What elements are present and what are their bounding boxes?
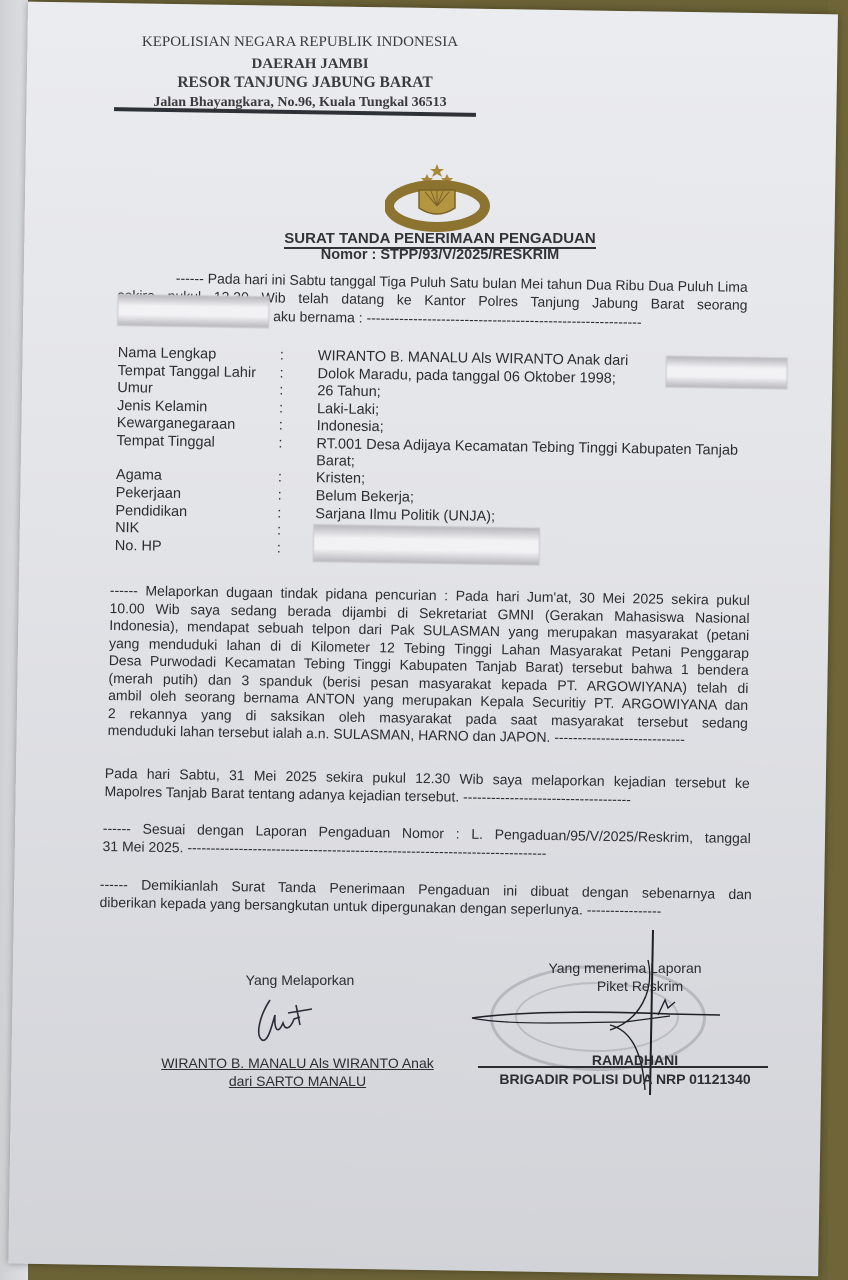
identity-colon: :: [279, 418, 283, 434]
identity-row: Pekerjaan:Belum Bekerja;: [116, 485, 796, 496]
document-title: SURAT TANDA PENERIMAAN PENGADUAN: [280, 230, 600, 247]
reporter-label: Yang Melaporkan: [200, 972, 400, 988]
reporter-name-line2: dari SARTO MANALU: [145, 1073, 450, 1089]
identity-label: NIK: [115, 520, 275, 539]
identity-colon: :: [278, 488, 282, 504]
identity-value: Indonesia;: [317, 418, 384, 435]
identity-label: Agama: [116, 467, 276, 486]
identity-colon: :: [277, 523, 281, 539]
identity-value: RT.001 Desa Adijaya Kecamatan Tebing Tin…: [316, 436, 738, 459]
identity-colon: :: [279, 366, 283, 382]
opening-line3: aku bernama : --------------------------…: [273, 308, 642, 330]
opening-paragraph: ------ Pada hari ini Sabtu tanggal Tiga …: [117, 269, 748, 336]
identity-value: Belum Bekerja;: [316, 488, 415, 506]
identity-colon: :: [279, 383, 283, 399]
identity-row: Tempat Tinggal:RT.001 Desa Adijaya Kecam…: [117, 433, 797, 444]
reporter-name-line1: WIRANTO B. MANALU Als WIRANTO Anak: [145, 1055, 450, 1071]
document-number: Nomor : STPP/93/V/2025/RESKRIM: [280, 247, 600, 263]
redacted-block: [117, 294, 269, 328]
receiver-rank: BRIGADIR POLISI DUA NRP 01121340: [475, 1071, 775, 1087]
identity-row: Pendidikan:Sarjana Ilmu Politik (UNJA);: [116, 503, 796, 514]
identity-value: Laki-Laki;: [317, 401, 379, 418]
identity-table: Nama Lengkap:WIRANTO B. MANALU Als WIRAN…: [115, 345, 798, 576]
identity-colon: :: [279, 401, 283, 417]
receiver-rule: [478, 1066, 768, 1068]
identity-label: Umur: [117, 380, 277, 399]
identity-label: Pekerjaan: [116, 485, 276, 504]
identity-colon: :: [277, 506, 281, 522]
identity-label: Kewarganegaraan: [117, 415, 277, 434]
report-paragraph: ------ Melaporkan dugaan tindak pidana p…: [108, 582, 750, 750]
identity-colon: :: [278, 470, 282, 486]
identity-label: Jenis Kelamin: [117, 398, 277, 417]
redacted-block: [313, 524, 541, 566]
police-emblem-icon: [385, 162, 490, 232]
identity-colon: :: [277, 541, 281, 557]
identity-label: Pendidikan: [115, 503, 275, 522]
identity-label: Tempat Tanggal Lahir: [117, 363, 277, 382]
identity-row: Kewarganegaraan:Indonesia;: [117, 415, 797, 426]
identity-label: No. HP: [115, 538, 275, 557]
letterhead-line1: KEPOLISIAN NEGARA REPUBLIK INDONESIA: [100, 34, 500, 51]
reporter-signature-icon: [250, 995, 320, 1055]
letterhead-line2: DAERAH JAMBI: [160, 56, 460, 73]
redacted-block: [665, 356, 787, 390]
identity-colon: :: [278, 436, 282, 452]
identity-row: Agama:Kristen;: [116, 467, 796, 478]
letterhead-line3: RESOR TANJUNG JABUNG BARAT: [110, 74, 500, 92]
identity-label: Nama Lengkap: [118, 345, 278, 364]
identity-row: Jenis Kelamin:Laki-Laki;: [117, 398, 797, 409]
identity-value-continuation: Barat;: [316, 453, 355, 470]
identity-value: Sarjana Ilmu Politik (UNJA);: [315, 506, 495, 525]
identity-value: 26 Tahun;: [317, 383, 381, 400]
identity-colon: :: [280, 348, 284, 364]
identity-label: Tempat Tinggal: [116, 433, 276, 452]
identity-value: Kristen;: [316, 470, 365, 487]
